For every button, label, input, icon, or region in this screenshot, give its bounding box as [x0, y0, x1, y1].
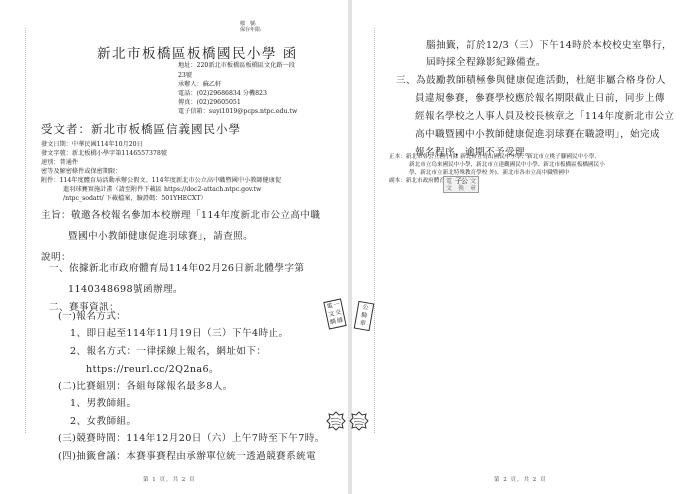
page-footer: 第 2 頁，共 2 頁	[494, 475, 547, 483]
header-address: 地址：220新北市板橋區板橋區文化路一段	[178, 61, 295, 71]
document-page-1: 檔 號: 保存年限: 新北市板橋區板橋國民小學 函 地址：220新北市板橋區板橋…	[0, 0, 348, 494]
page-footer: 第 1 頁，共 2 頁	[143, 475, 196, 483]
flower-seal-icon	[325, 410, 347, 432]
electronic-exchange-seal: 電 文 子公 換 文 章	[443, 176, 479, 193]
header-email: 電子信箱：suyi1019@pcps.ntpc.edu.tw	[178, 107, 297, 117]
subject-line1: 主旨：敬邀各校報名參加本校辦理「114年度新北市公立高中職	[41, 205, 320, 226]
item-one-line1: 一、依據新北市政府體育局114年02月26日新北體學字第	[49, 258, 304, 279]
retention-label: 保存年限:	[240, 27, 262, 33]
meta-attachment-line3: /ntpc_sodatt/ 下載檔案，驗證碼：501YHECXT）	[63, 194, 207, 204]
recipient: 受文者：新北市板橋區信義國民小學	[41, 121, 241, 137]
perforation-seal-stamp: 公 騎 章	[354, 301, 375, 331]
document-title: 新北市板橋區板橋國民小學 函	[97, 42, 298, 62]
item-two-d: (四)抽籤會議：本賽事賽程由承辦單位統一透過競賽系統電	[58, 446, 316, 467]
document-page-2: 腦抽籤，訂於12/3（三）下午14時於本校校史室舉行， 屆時採全程錄影紀錄備查。…	[352, 0, 700, 494]
perforation-seal-stamp: 電一 文交 騎縫	[323, 298, 346, 329]
binding-line	[374, 28, 375, 433]
binding-line	[25, 28, 26, 433]
flower-seal-icon	[348, 410, 370, 432]
subject-line2: 暨國中小教師健康促進羽球賽」，請查照。	[68, 226, 253, 247]
distribution-copy: 副本：新北市政府體育局	[389, 177, 451, 187]
